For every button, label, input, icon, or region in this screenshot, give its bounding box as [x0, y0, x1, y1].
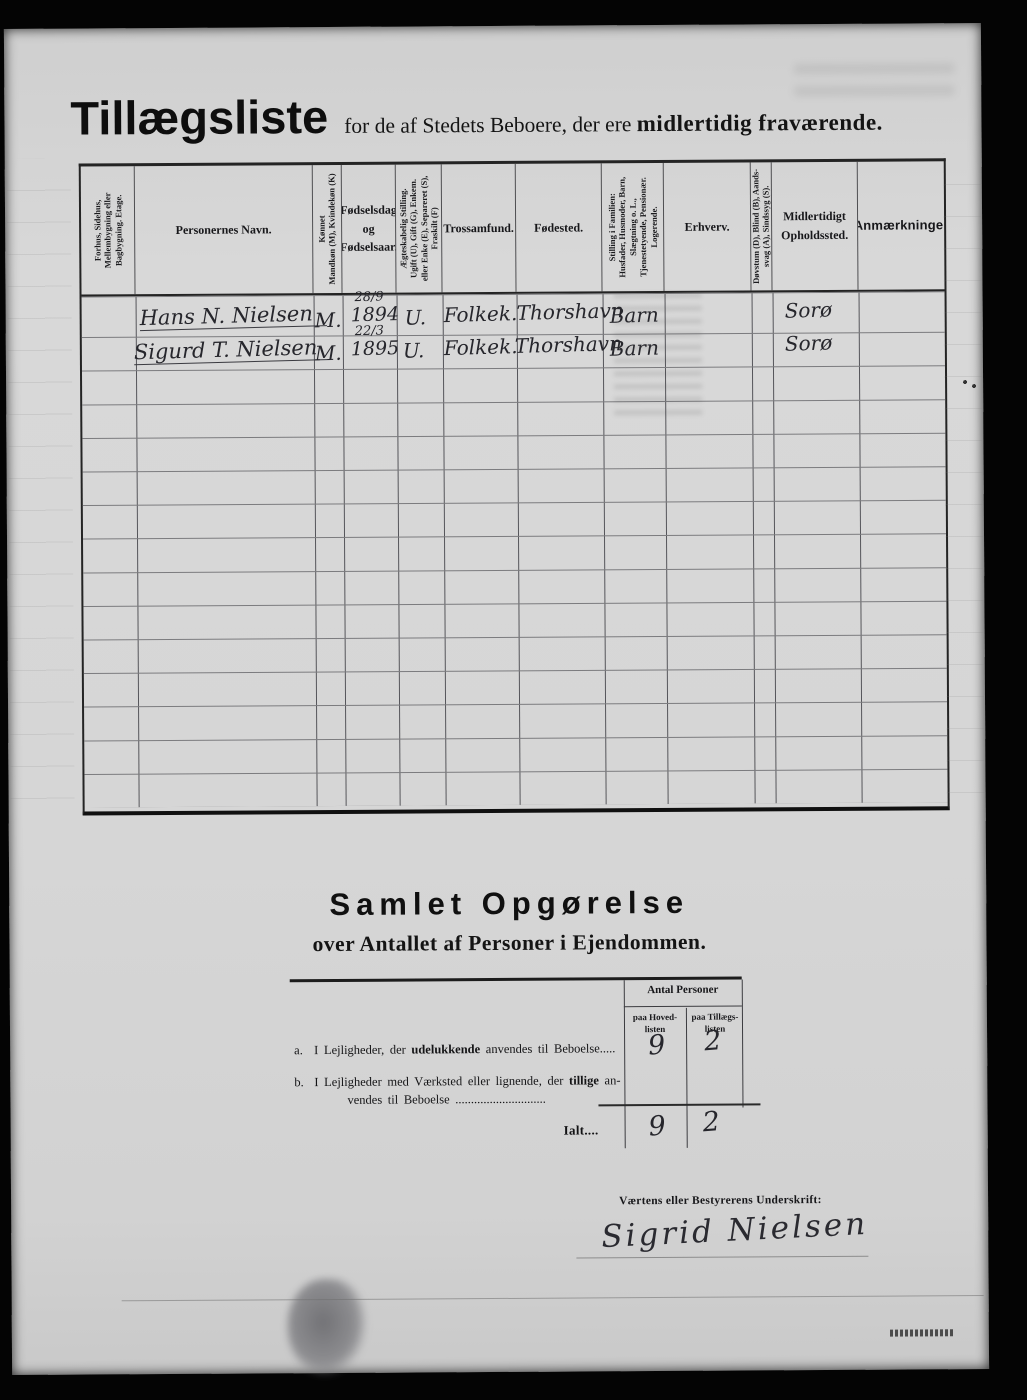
summary-subtitle: over Antallet af Personer i Ejendommen.: [259, 929, 759, 957]
count-supplement-list-total: 2: [701, 1106, 720, 1138]
column-header-name: Personernes Navn.: [135, 165, 314, 294]
summary-header-underline: [624, 1006, 742, 1008]
signature-handwriting: Sigrid Nielsen: [601, 1206, 869, 1255]
column-header-sex: Kønnet Mandkøn (M), Kvindekøn (K): [313, 165, 343, 293]
summary-header: Samlet Opgørelse over Antallet af Person…: [259, 884, 759, 957]
summary-row-a: a.I Lejligheder, der udelukkende anvende…: [294, 1041, 615, 1058]
entry-faith: Folkek.: [444, 334, 518, 360]
census-table: Forhus, Sidehus, Mellembygning eller Bag…: [79, 158, 950, 815]
ink-smudge: [288, 1279, 367, 1375]
column-header-remarks: Anmærkninger: [858, 161, 945, 290]
entry-faith: Folkek.: [443, 301, 517, 327]
table-body-grid: [82, 291, 948, 807]
column-header-occupation: Erhverv.: [664, 162, 752, 291]
column-header-marital: Ægteskabelig Stilling. Ugift (U), Gift (…: [396, 164, 443, 292]
page-subtitle-emphasis: midlertidig fraværende.: [637, 110, 883, 137]
signature-label: Værtens eller Bestyrerens Underskrift:: [619, 1194, 822, 1207]
entry-sex: M.: [315, 341, 342, 366]
bleedthrough-lines-left: [7, 159, 75, 809]
entry-birthplace: Thorshavn: [515, 331, 623, 358]
page-title: Tillægsliste: [70, 89, 328, 146]
printer-imprint: [890, 1329, 954, 1336]
column-header-family-position: Stilling i Familien: Husfader, Husmoder,…: [602, 163, 665, 291]
entry-birthplace: Thorshavn: [516, 298, 624, 325]
table-header-row: Forhus, Sidehus, Mellembygning eller Bag…: [81, 161, 945, 296]
column-header-temporary-residence: Midlertidigt Opholdssted.: [772, 162, 859, 291]
column-header-building: Forhus, Sidehus, Mellembygning eller Bag…: [81, 166, 136, 294]
entry-marital: U.: [403, 338, 425, 363]
column-header-birthdate: Fødselsdag og Fødselsaar.: [342, 165, 397, 293]
ink-dots: [961, 379, 979, 389]
summary-title: Samlet Opgørelse: [259, 884, 759, 923]
signature-underline: [576, 1256, 868, 1259]
page-header: Tillægsliste for de af Stedets Beboere, …: [70, 86, 883, 146]
summary-total-label: Ialt....: [564, 1122, 599, 1138]
entry-temporary-residence: Sorø: [784, 297, 832, 322]
column-header-disabilities: Døvstum (D), Blind (B), Aands- svag (A),…: [751, 162, 773, 290]
entry-birth-year: 1895: [351, 337, 400, 360]
summary-total-line: [598, 1103, 760, 1106]
entry-sex: M.: [314, 308, 341, 333]
page-subtitle: for de af Stedets Beboere, der ere midle…: [344, 110, 883, 139]
summary-row-b-line2: vendes til Beboelse ....................…: [347, 1092, 546, 1108]
column-header-birthplace: Fødested.: [516, 163, 603, 292]
entry-temporary-residence: Sorø: [785, 330, 833, 355]
paper-sheet: Tillægsliste for de af Stedets Beboere, …: [4, 23, 989, 1375]
column-header-faith: Trossamfund.: [442, 164, 517, 292]
bleedthrough-text-middle: [614, 293, 703, 424]
entry-name: Sigurd T. Nielsen: [134, 335, 332, 365]
summary-table-vline: [742, 980, 744, 1108]
count-main-list-total: 9: [647, 1110, 666, 1142]
summary-count-header: Antal Personer: [622, 983, 744, 996]
entry-name: Hans N. Nielsen: [139, 301, 327, 331]
summary-divider: [290, 977, 742, 983]
bleedthrough-text-top: [794, 63, 954, 106]
count-supplement-list-a: 2: [703, 1025, 722, 1057]
scanned-census-page: Tillægsliste for de af Stedets Beboere, …: [0, 0, 1027, 1400]
entry-marital: U.: [404, 305, 426, 330]
faint-fold-line: [122, 1295, 984, 1301]
count-main-list-a: 9: [647, 1029, 666, 1061]
summary-row-b: b.I Lejligheder med Værksted eller ligne…: [294, 1073, 620, 1090]
page-subtitle-regular: for de af Stedets Beboere, der ere: [344, 112, 631, 138]
